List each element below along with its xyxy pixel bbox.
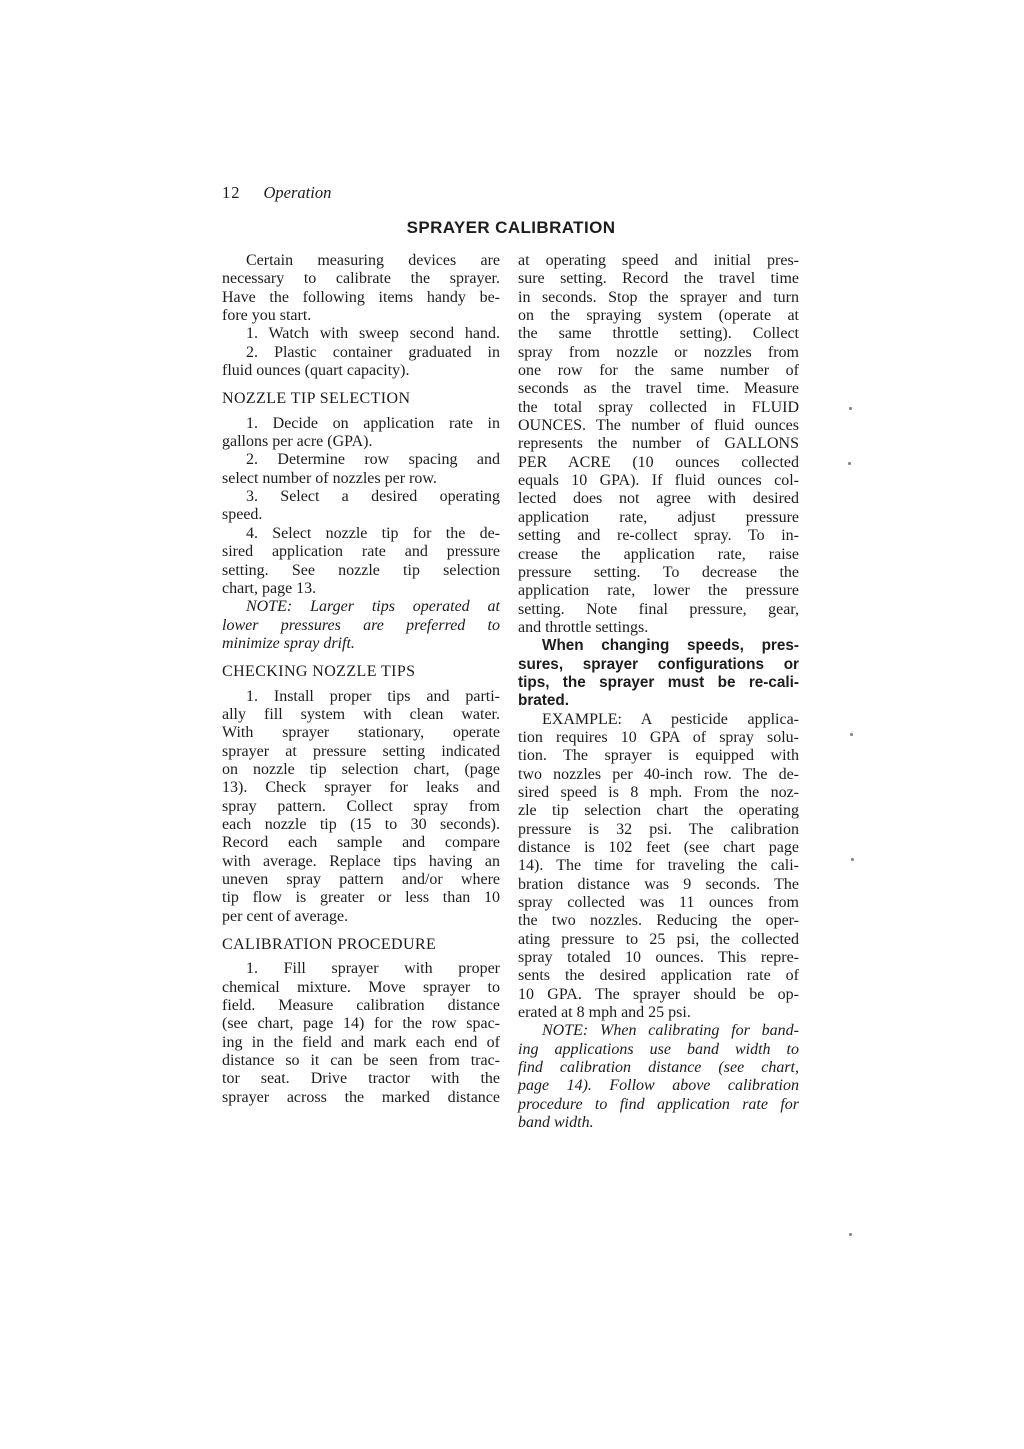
text-line: fore you start.	[222, 307, 500, 325]
text-line: the total spray collected in FLUID	[518, 399, 799, 417]
text-line: erated at 8 mph and 25 psi.	[518, 1004, 799, 1022]
text-line: tion. The sprayer is equipped with	[518, 747, 799, 765]
text-line: at operating speed and initial pres-	[518, 252, 799, 270]
text-line: Have the following items handy be-	[222, 289, 500, 307]
paragraph: 1. Decide on application rate ingallons …	[222, 415, 500, 452]
text-line: 10 GPA. The sprayer should be op-	[518, 986, 799, 1004]
text-line: setting and re-collect spray. To in-	[518, 527, 799, 545]
section-heading: CHECKING NOZZLE TIPS	[222, 663, 500, 681]
text-line: (see chart, page 14) for the row spac-	[222, 1015, 500, 1033]
paragraph: When changing speeds, pres-sures, spraye…	[518, 637, 799, 710]
paragraph: 1. Fill sprayer with properchemical mixt…	[222, 960, 500, 1107]
paragraph: 3. Select a desired operatingspeed.	[222, 488, 500, 525]
text-line: two nozzles per 40-inch row. The de-	[518, 766, 799, 784]
text-line: With sprayer stationary, operate	[222, 724, 500, 742]
text-line: pressure is 32 psi. The calibration	[518, 821, 799, 839]
text-line: CALIBRATION PROCEDURE	[222, 936, 500, 954]
page-number: 12	[222, 183, 241, 202]
text-line: NOTE: Larger tips operated at	[222, 598, 500, 616]
text-line: spray collected was 11 ounces from	[518, 894, 799, 912]
text-line: distance so it can be seen from trac-	[222, 1052, 500, 1070]
text-line: page 14). Follow above calibration	[518, 1077, 799, 1095]
text-line: on the spraying system (operate at	[518, 307, 799, 325]
text-line: ating pressure to 25 psi, the collected	[518, 931, 799, 949]
text-line: the two nozzles. Reducing the oper-	[518, 912, 799, 930]
text-line: and throttle settings.	[518, 619, 799, 637]
text-line: 4. Select nozzle tip for the de-	[222, 525, 500, 543]
text-line: application rate, adjust pressure	[518, 509, 799, 527]
text-line: sure setting. Record the travel time	[518, 270, 799, 288]
text-line: tor seat. Drive tractor with the	[222, 1070, 500, 1088]
text-line: one row for the same number of	[518, 362, 799, 380]
text-line: represents the number of GALLONS	[518, 435, 799, 453]
text-line: band width.	[518, 1114, 799, 1132]
scan-speck	[849, 1233, 852, 1236]
text-line: the same throttle setting). Collect	[518, 325, 799, 343]
text-line: NOTE: When calibrating for band-	[518, 1022, 799, 1040]
text-line: lected does not agree with desired	[518, 490, 799, 508]
paragraph: NOTE: Larger tips operated atlower press…	[222, 598, 500, 653]
text-line: with average. Replace tips having an	[222, 853, 500, 871]
text-column-left: Certain measuring devices arenecessary t…	[222, 252, 500, 1107]
text-line: uneven spray pattern and/or where	[222, 871, 500, 889]
text-line: 14). The time for traveling the cali-	[518, 857, 799, 875]
paragraph: 1. Watch with sweep second hand.	[222, 325, 500, 343]
text-line: distance is 102 feet (see chart page	[518, 839, 799, 857]
text-line: find calibration distance (see chart,	[518, 1059, 799, 1077]
scan-speck	[851, 858, 854, 861]
section-heading: CALIBRATION PROCEDURE	[222, 936, 500, 954]
paragraph: 1. Install proper tips and parti-ally fi…	[222, 688, 500, 926]
text-line: PER ACRE (10 ounces collected	[518, 454, 799, 472]
text-line: Record each sample and compare	[222, 834, 500, 852]
running-title: Operation	[264, 183, 332, 202]
text-line: zle tip selection chart the operating	[518, 802, 799, 820]
text-line: 2. Plastic container graduated in	[222, 344, 500, 362]
text-line: necessary to calibrate the sprayer.	[222, 270, 500, 288]
paragraph: 2. Determine row spacing andselect numbe…	[222, 451, 500, 488]
text-line: tip flow is greater or less than 10	[222, 889, 500, 907]
scan-speck	[850, 733, 853, 736]
page-header: 12Operation	[222, 184, 331, 202]
text-line: CHECKING NOZZLE TIPS	[222, 663, 500, 681]
text-line: chemical mixture. Move sprayer to	[222, 979, 500, 997]
text-line: gallons per acre (GPA).	[222, 433, 500, 451]
text-line: EXAMPLE: A pesticide applica-	[518, 711, 799, 729]
text-line: spray from nozzle or nozzles from	[518, 344, 799, 362]
text-line: 3. Select a desired operating	[222, 488, 500, 506]
scanned-manual-page: { "page": { "number": "12", "running_tit…	[0, 0, 1024, 1449]
text-line: setting. Note final pressure, gear,	[518, 601, 799, 619]
text-line: field. Measure calibration distance	[222, 997, 500, 1015]
text-line: in seconds. Stop the sprayer and turn	[518, 289, 799, 307]
paragraph: Certain measuring devices arenecessary t…	[222, 252, 500, 325]
scan-speck	[849, 407, 852, 410]
text-line: procedure to find application rate for	[518, 1096, 799, 1114]
text-line: setting. See nozzle tip selection	[222, 562, 500, 580]
text-line: equals 10 GPA). If fluid ounces col-	[518, 472, 799, 490]
text-line: 1. Install proper tips and parti-	[222, 688, 500, 706]
text-line: seconds as the travel time. Measure	[518, 380, 799, 398]
text-line: each nozzle tip (15 to 30 seconds).	[222, 816, 500, 834]
text-line: 13). Check sprayer for leaks and	[222, 779, 500, 797]
text-line: chart, page 13.	[222, 580, 500, 598]
text-line: fluid ounces (quart capacity).	[222, 362, 500, 380]
text-line: on nozzle tip selection chart, (page	[222, 761, 500, 779]
text-line: sired application rate and pressure	[222, 543, 500, 561]
text-line: select number of nozzles per row.	[222, 470, 500, 488]
text-line: 1. Fill sprayer with proper	[222, 960, 500, 978]
text-line: minimize spray drift.	[222, 635, 500, 653]
paragraph: EXAMPLE: A pesticide applica-tion requir…	[518, 711, 799, 1023]
text-line: tion requires 10 GPA of spray solu-	[518, 729, 799, 747]
text-line: ally fill system with clean water.	[222, 706, 500, 724]
text-line: bration distance was 9 seconds. The	[518, 876, 799, 894]
text-line: spray pattern. Collect spray from	[222, 798, 500, 816]
paragraph: 4. Select nozzle tip for the de-sired ap…	[222, 525, 500, 598]
text-line: ing in the field and mark each end of	[222, 1034, 500, 1052]
text-line: brated.	[518, 692, 799, 710]
text-line: 1. Watch with sweep second hand.	[222, 325, 500, 343]
text-line: sired speed is 8 mph. From the noz-	[518, 784, 799, 802]
text-column-right: at operating speed and initial pres-sure…	[518, 252, 799, 1133]
text-line: OUNCES. The number of fluid ounces	[518, 417, 799, 435]
text-line: sents the desired application rate of	[518, 967, 799, 985]
text-line: tips, the sprayer must be re-cali-	[518, 674, 799, 692]
text-line: When changing speeds, pres-	[518, 637, 799, 655]
text-line: per cent of average.	[222, 908, 500, 926]
text-line: 1. Decide on application rate in	[222, 415, 500, 433]
text-line: sprayer across the marked distance	[222, 1089, 500, 1107]
text-line: ing applications use band width to	[518, 1041, 799, 1059]
text-line: spray totaled 10 ounces. This repre-	[518, 949, 799, 967]
paragraph: 2. Plastic container graduated influid o…	[222, 344, 500, 381]
text-line: sprayer at pressure setting indicated	[222, 743, 500, 761]
scan-speck	[848, 462, 851, 465]
text-line: speed.	[222, 506, 500, 524]
text-line: sures, sprayer configurations or	[518, 656, 799, 674]
text-line: crease the application rate, raise	[518, 546, 799, 564]
text-line: NOZZLE TIP SELECTION	[222, 390, 500, 408]
text-line: lower pressures are preferred to	[222, 617, 500, 635]
text-line: application rate, lower the pressure	[518, 582, 799, 600]
paragraph: NOTE: When calibrating for band-ing appl…	[518, 1022, 799, 1132]
text-line: 2. Determine row spacing and	[222, 451, 500, 469]
page-title: SPRAYER CALIBRATION	[222, 218, 800, 238]
section-heading: NOZZLE TIP SELECTION	[222, 390, 500, 408]
text-line: Certain measuring devices are	[222, 252, 500, 270]
text-line: pressure setting. To decrease the	[518, 564, 799, 582]
paragraph: at operating speed and initial pres-sure…	[518, 252, 799, 637]
